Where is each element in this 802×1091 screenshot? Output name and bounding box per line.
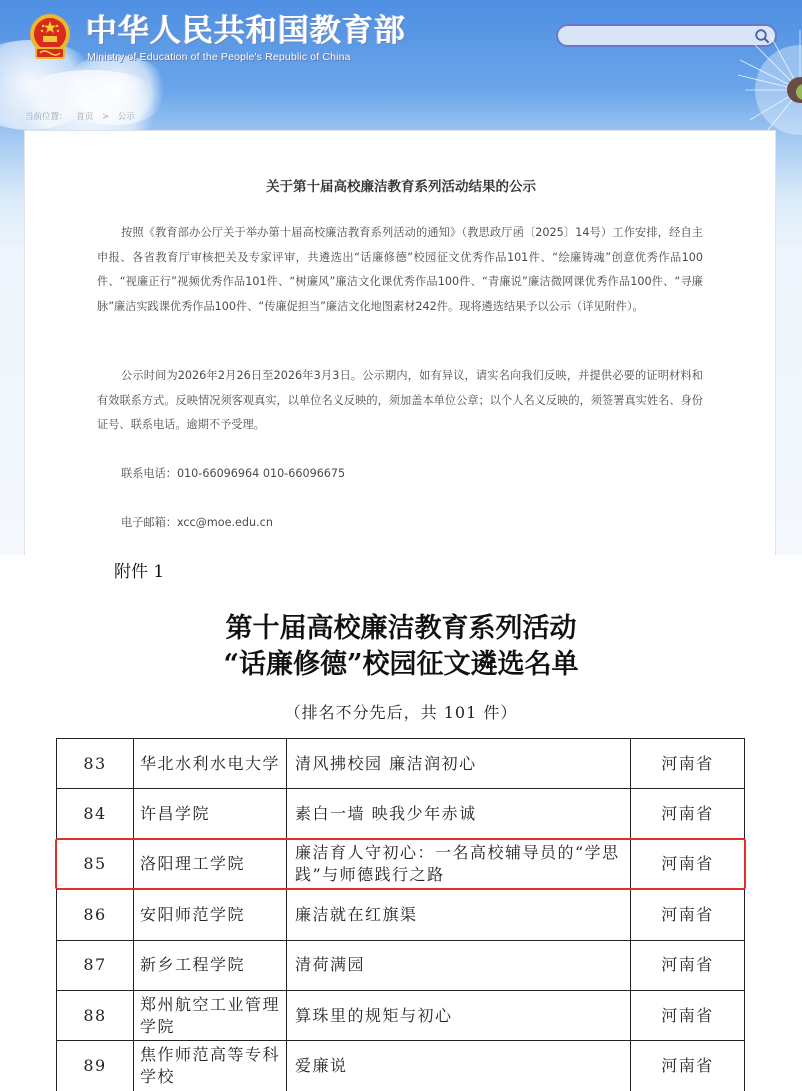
contact-email: 电子邮箱：xcc@moe.edu.cn (121, 514, 273, 530)
row-title: 清荷满园 (287, 940, 631, 990)
attachment-label: 附件 1 (114, 557, 164, 582)
row-school: 洛阳理工学院 (134, 839, 287, 889)
row-province: 河南省 (631, 890, 745, 940)
notice-title: 关于第十届高校廉洁教育系列活动结果的公示 (25, 175, 777, 195)
row-title: 素白一墙 映我少年赤诚 (287, 789, 631, 839)
notice-paragraph-2: 公示时间为2026年2月26日至2026年3月3日。公示期内，如有异议，请实名向… (97, 364, 703, 438)
row-province: 河南省 (631, 990, 745, 1040)
breadcrumb: 当前位置： 首页 > 公示 (25, 110, 141, 122)
selection-list-table: 83 华北水利水电大学 清风拂校园 廉洁润初心 河南省 84 许昌学院 素白一墙… (56, 738, 745, 1091)
attachment-subtitle: （排名不分先后，共 101 件） (0, 700, 802, 723)
row-number: 85 (57, 839, 134, 889)
table-row: 84 许昌学院 素白一墙 映我少年赤诚 河南省 (57, 789, 745, 839)
row-province: 河南省 (631, 739, 745, 789)
row-title: 廉洁育人守初心：一名高校辅导员的“学思践”与师德践行之路 (287, 839, 631, 889)
row-province: 河南省 (631, 1041, 745, 1091)
site-title-chinese[interactable]: 中华人民共和国教育部 (86, 13, 406, 49)
national-emblem-icon[interactable] (26, 12, 74, 62)
site-title-english: Ministry of Education of the People's Re… (87, 51, 351, 63)
row-school: 许昌学院 (134, 789, 287, 839)
attachment-title-line-1: 第十届高校廉洁教育系列活动 (0, 606, 802, 645)
table-row: 88 郑州航空工业管理学院 算珠里的规矩与初心 河南省 (57, 990, 745, 1040)
row-province: 河南省 (631, 789, 745, 839)
row-title: 清风拂校园 廉洁润初心 (287, 739, 631, 789)
row-province: 河南省 (631, 839, 745, 889)
table-row: 87 新乡工程学院 清荷满园 河南省 (57, 940, 745, 990)
row-title: 算珠里的规矩与初心 (287, 990, 631, 1040)
row-number: 88 (57, 990, 134, 1040)
row-title: 廉洁就在红旗渠 (287, 890, 631, 940)
row-school: 华北水利水电大学 (134, 739, 287, 789)
breadcrumb-item-home[interactable]: 首页 (76, 112, 93, 122)
breadcrumb-item-notice[interactable]: 公示 (118, 112, 135, 122)
row-number: 86 (57, 890, 134, 940)
notice-paragraph-1: 按照《教育部办公厅关于举办第十届高校廉洁教育系列活动的通知》（教思政厅函〔202… (97, 221, 703, 319)
row-school: 安阳师范学院 (134, 890, 287, 940)
row-number: 87 (57, 940, 134, 990)
attachment-title-line-2: “话廉修德”校园征文遴选名单 (0, 642, 802, 681)
row-title: 爱廉说 (287, 1041, 631, 1091)
contact-phone: 联系电话：010-66096964 010-66096675 (121, 465, 345, 481)
row-number: 83 (57, 739, 134, 789)
row-school: 郑州航空工业管理学院 (134, 990, 287, 1040)
breadcrumb-label: 当前位置： (25, 112, 68, 122)
row-school: 焦作师范高等专科学校 (134, 1041, 287, 1091)
table-row: 83 华北水利水电大学 清风拂校园 廉洁润初心 河南省 (57, 739, 745, 789)
search-input[interactable] (566, 28, 751, 43)
table-row: 89 焦作师范高等专科学校 爱廉说 河南省 (57, 1041, 745, 1091)
row-school: 新乡工程学院 (134, 940, 287, 990)
notice-card: 关于第十届高校廉洁教育系列活动结果的公示 按照《教育部办公厅关于举办第十届高校廉… (24, 130, 776, 555)
row-number: 84 (57, 789, 134, 839)
table-row: 86 安阳师范学院 廉洁就在红旗渠 河南省 (57, 890, 745, 940)
table-row-highlighted: 85 洛阳理工学院 廉洁育人守初心：一名高校辅导员的“学思践”与师德践行之路 河… (57, 839, 745, 889)
row-number: 89 (57, 1041, 134, 1091)
breadcrumb-separator: > (102, 112, 109, 122)
row-province: 河南省 (631, 940, 745, 990)
